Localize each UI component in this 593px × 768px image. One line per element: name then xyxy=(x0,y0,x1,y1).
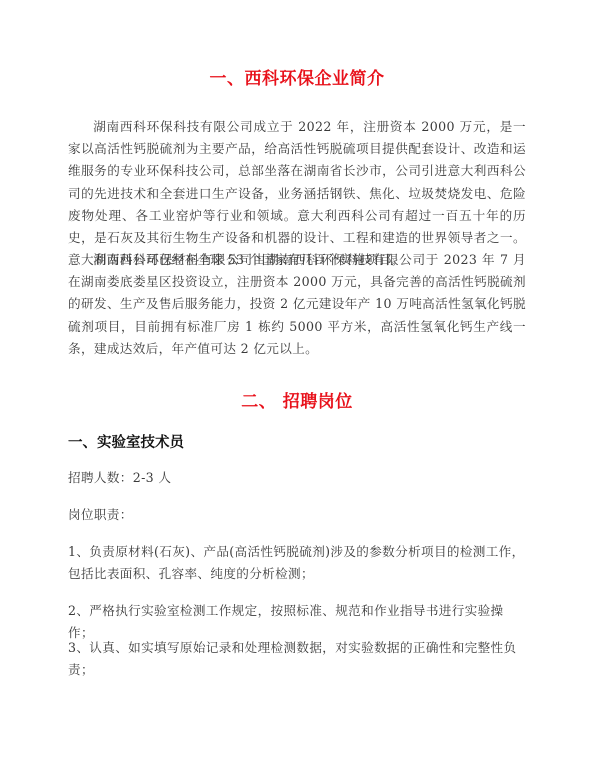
section-title-recruitment: 二、 招聘岗位 xyxy=(68,387,526,412)
paragraph-company-intro-2: 湖南西科环保材料有限公司由湖南西科环保科技有限公司于 2023 年 7 月在湖南… xyxy=(68,249,526,360)
section-title-company-intro: 一、西科环保企业简介 xyxy=(68,64,526,89)
headcount-text: 招聘人数：2-3 人 xyxy=(68,467,526,489)
duty-item-1: 1、负责原材料(石灰)、产品(高活性钙脱硫剂)涉及的参数分析项目的检测工作，包括… xyxy=(68,541,526,585)
duty-item-3: 3、认真、如实填写原始记录和处理检测数据，对实验数据的正确性和完整性负责； xyxy=(68,637,526,681)
position-heading-lab-technician: 一、实验室技术员 xyxy=(68,431,184,452)
duties-label: 岗位职责： xyxy=(68,504,526,526)
